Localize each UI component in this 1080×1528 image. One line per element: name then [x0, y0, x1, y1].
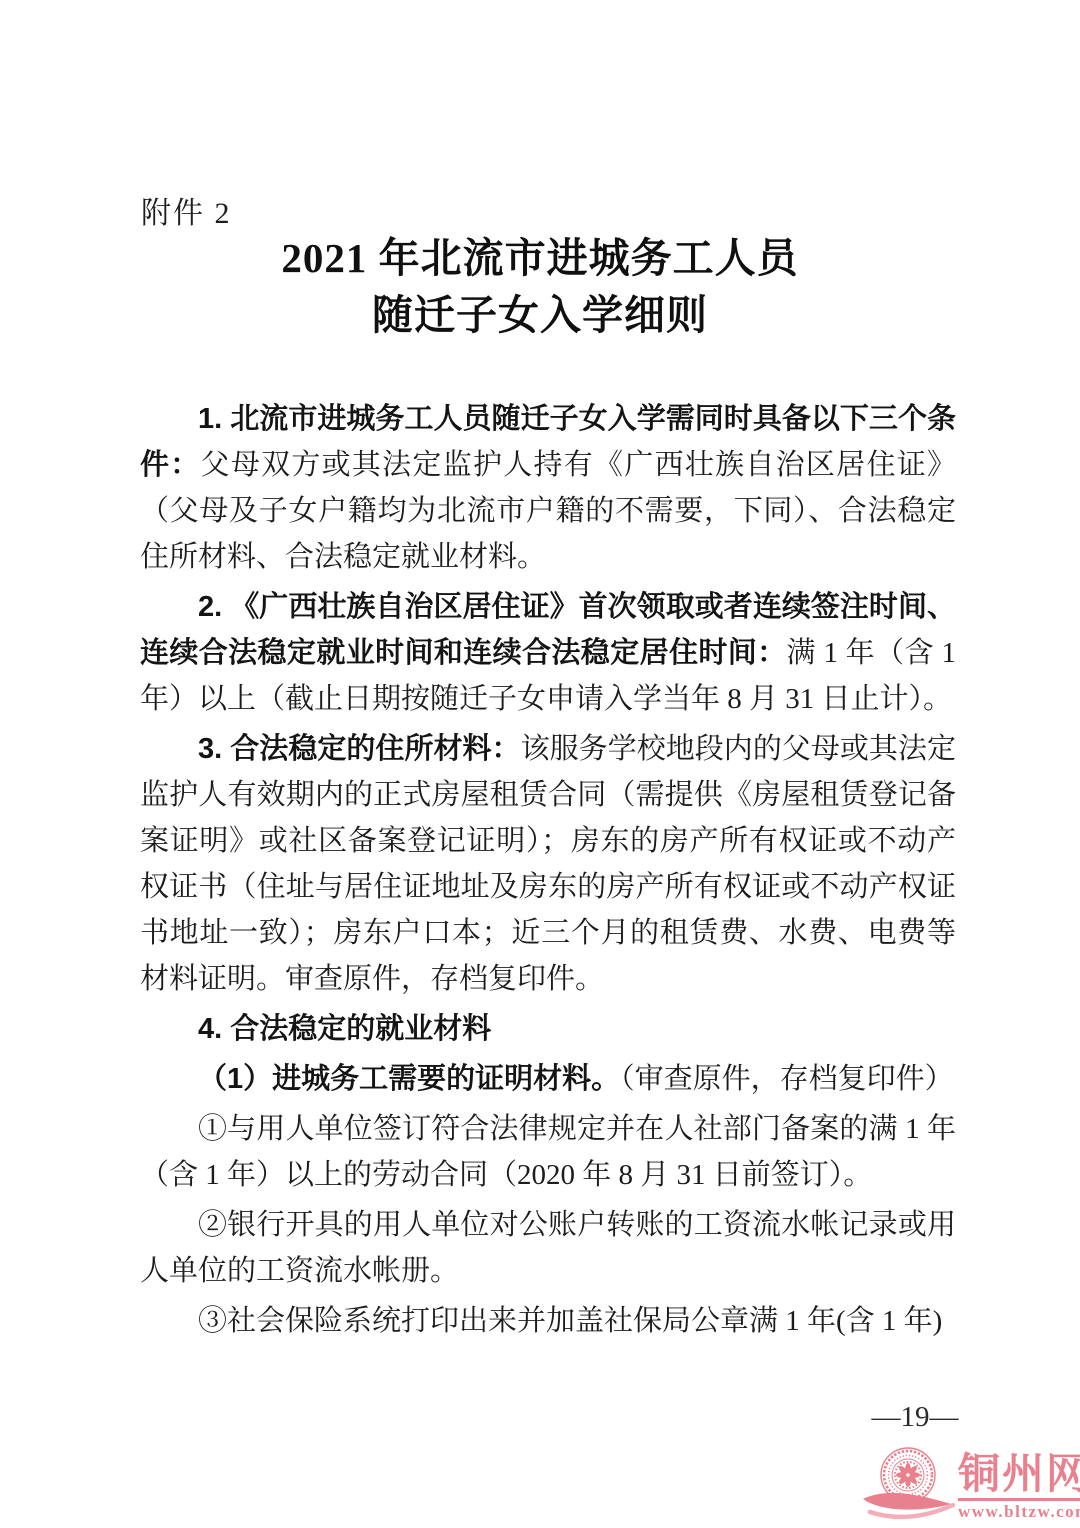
watermark-site-name: 铜州网 [958, 1452, 1080, 1496]
attachment-label: 附件 2 [141, 188, 232, 232]
text-segment: 该服务学校地段内的父母或其法定监护人有效期内的正式房屋租赁合同（需提供《房屋租赁… [140, 733, 956, 995]
paragraph: ②银行开具的用人单位对公账户转账的工资流水帐记录或用人单位的工资流水帐册。 [140, 1202, 956, 1294]
text-segment-bold: 4. 合法稳定的就业材料 [198, 1013, 491, 1045]
site-logo-icon [860, 1444, 956, 1528]
text-segment-bold: （1）进城务工需要的证明材料。 [198, 1063, 620, 1095]
paragraph: 2. 《广西壮族自治区居住证》首次领取或者连续签注时间、连续合法稳定就业时间和连… [140, 584, 956, 722]
paragraph: ①与用人单位签订符合法律规定并在人社部门备案的满 1 年（含 1 年）以上的劳动… [140, 1106, 956, 1198]
text-segment-bold: 3. 合法稳定的住所材料： [198, 733, 521, 765]
text-segment: ③社会保险系统打印出来并加盖社保局公章满 1 年(含 1 年) [198, 1305, 942, 1337]
paragraph: （1）进城务工需要的证明材料。（审查原件，存档复印件） [140, 1056, 956, 1102]
text-segment: ②银行开具的用人单位对公账户转账的工资流水帐记录或用人单位的工资流水帐册。 [140, 1209, 956, 1287]
flower-icon [896, 1463, 920, 1487]
page-number: —19— [845, 1401, 985, 1434]
watermark-site-url: www.bltzw.com [958, 1502, 1080, 1521]
paragraph: ③社会保险系统打印出来并加盖社保局公章满 1 年(含 1 年) [140, 1298, 956, 1344]
watermark: 铜州网 www.bltzw.com [860, 1444, 1080, 1528]
ribbon-icon [863, 1493, 953, 1517]
watermark-divider [958, 1498, 1080, 1501]
watermark-text-block: 铜州网 www.bltzw.com [958, 1444, 1080, 1521]
paragraph: 4. 合法稳定的就业材料 [140, 1006, 956, 1052]
text-segment: ①与用人单位签订符合法律规定并在人社部门备案的满 1 年（含 1 年）以上的劳动… [140, 1113, 956, 1191]
document-body: 1. 北流市进城务工人员随迁子女入学需同时具备以下三个条件：父母双方或其法定监护… [140, 396, 956, 1344]
text-segment: 父母双方或其法定监护人持有《广西壮族自治区居住证》（父母及子女户籍均为北流市户籍… [140, 449, 956, 573]
paragraph: 3. 合法稳定的住所材料：该服务学校地段内的父母或其法定监护人有效期内的正式房屋… [140, 726, 956, 1002]
document-title: 2021 年北流市进城务工人员 随迁子女入学细则 [0, 230, 1080, 344]
paragraph: 1. 北流市进城务工人员随迁子女入学需同时具备以下三个条件：父母双方或其法定监护… [140, 396, 956, 580]
document-page: 附件 2 2021 年北流市进城务工人员 随迁子女入学细则 1. 北流市进城务工… [0, 0, 1080, 1528]
text-segment: （审查原件，存档复印件） [620, 1063, 954, 1095]
title-line-1: 2021 年北流市进城务工人员 [0, 230, 1080, 287]
title-line-2: 随迁子女入学细则 [0, 287, 1080, 344]
